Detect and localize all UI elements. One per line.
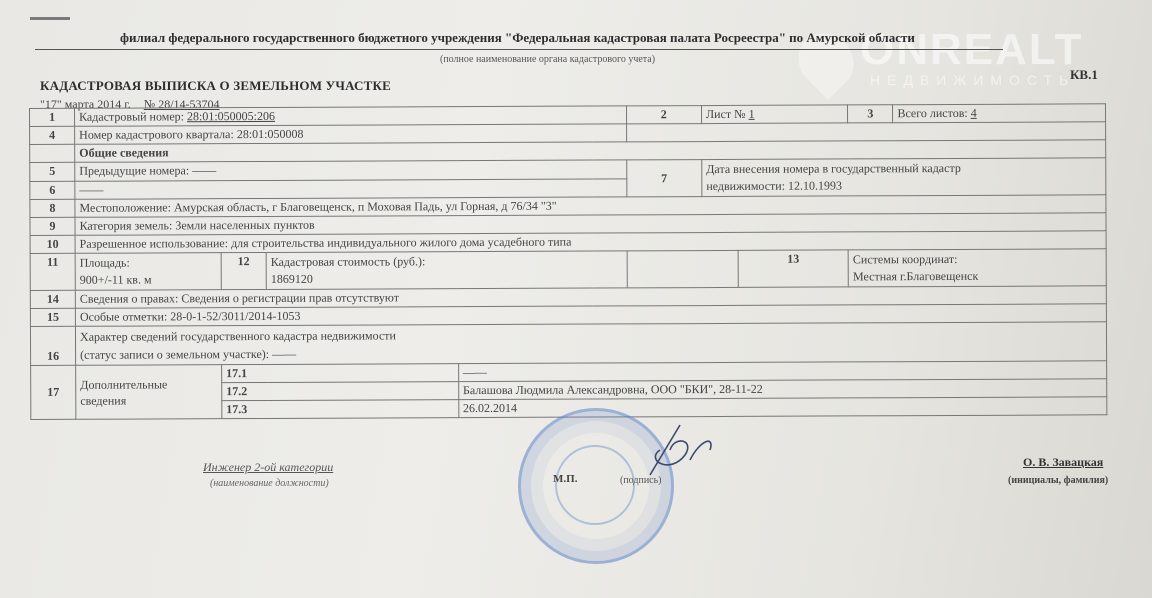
field-value: недвижимости: 12.10.1993 (706, 178, 842, 193)
field-label: Всего листов: (897, 106, 967, 120)
signature-icon (640, 420, 720, 480)
field-value: 1869120 (271, 272, 313, 286)
row-number: 3 (848, 105, 893, 123)
field-label: сведения (80, 393, 126, 407)
form-code: КВ.1 (1070, 67, 1098, 83)
cadastral-number-cell: Кадастровый номер: 28:01:050005:206 (75, 106, 627, 126)
table-row: 5 Предыдущие номера: —— 7 Дата внесения … (30, 158, 1106, 181)
additional-info-label: Дополнительныесведения (76, 365, 222, 420)
table-row: 16 Характер сведений государственного ка… (30, 322, 1106, 366)
row-number (30, 144, 75, 162)
registration-date: Дата внесения номера в государственный к… (702, 158, 1106, 197)
field-label: Площадь: (80, 256, 130, 270)
row-number: 11 (30, 253, 75, 290)
signer-position: Инженер 2-ой категории (203, 460, 333, 475)
watermark-tagline: НЕДВИЖИМОСТЬ (870, 72, 1083, 88)
stamp-place-label: М.П. (553, 473, 577, 485)
previous-numbers: Предыдущие номера: —— (75, 160, 627, 181)
field-value: 26.02.2014 (458, 397, 1106, 418)
row-number: 6 (30, 181, 75, 200)
field-label: Предыдущие номера: (79, 164, 189, 178)
field-label: Кадастровый номер: (79, 109, 184, 123)
row-number: 4 (30, 126, 75, 144)
quarter-number: Номер кадастрового квартала: 28:01:05000… (75, 124, 627, 144)
row-number: 13 (738, 250, 848, 287)
field-label: Системы координат: (853, 252, 958, 266)
sheet-number: 1 (749, 107, 755, 121)
row-number: 17.2 (222, 382, 459, 401)
row-number: 12 (221, 252, 266, 289)
row-number: 15 (30, 308, 75, 326)
record-status: Характер сведений государственного кадас… (75, 322, 1106, 365)
cadastral-table: 1 Кадастровый номер: 28:01:050005:206 2 … (29, 103, 1107, 420)
row-number: 17.1 (222, 364, 459, 383)
signature-caption: (подпись) (620, 475, 662, 486)
field-value: —— (75, 178, 627, 199)
signer-name-caption: (инициалы, фамилия) (1008, 475, 1108, 486)
document-title: КАДАСТРОВАЯ ВЫПИСКА О ЗЕМЕЛЬНОМ УЧАСТКЕ (40, 78, 391, 94)
organization-name: филиал федерального государственного бюд… (120, 30, 915, 46)
field-label: (статус записи о земельном участке): (80, 347, 269, 362)
area: Площадь:900+/-11 кв. м (75, 253, 221, 291)
corner-mark (30, 17, 70, 20)
row-number: 16 (30, 326, 75, 365)
table-row: 11 Площадь:900+/-11 кв. м 12 Кадастровая… (30, 249, 1106, 291)
field-label: Лист № (706, 107, 746, 121)
row-number: 8 (30, 199, 75, 217)
signer-name: О. В. Завацкая (1023, 455, 1103, 470)
field-value: 900+/-11 кв. м (80, 272, 152, 286)
sheet-cell: Лист № 1 (701, 105, 847, 124)
field-value: Местная г.Благовещенск (853, 269, 978, 284)
coordinate-system: Системы координат:Местная г.Благовещенск (848, 249, 1106, 287)
field-label: Дата внесения номера в государственный к… (706, 161, 961, 176)
total-sheets: 4 (971, 106, 977, 120)
field-label: Характер сведений государственного кадас… (80, 328, 396, 343)
row-number: 2 (626, 106, 701, 124)
field-label: Дополнительные (80, 377, 167, 391)
row-number: 17.3 (222, 400, 459, 419)
cadastral-number: 28:01:050005:206 (187, 109, 275, 123)
total-sheets-cell: Всего листов: 4 (893, 104, 1106, 123)
organization-caption: (полное наименование органа кадастрового… (440, 54, 655, 65)
row-number: 7 (626, 160, 702, 197)
empty-cell (626, 122, 1106, 142)
cadastral-value: Кадастровая стоимость (руб.):1869120 (266, 251, 627, 290)
field-label: Кадастровая стоимость (руб.): (271, 254, 426, 269)
empty-cell (627, 250, 739, 287)
row-number: 10 (30, 235, 75, 253)
row-number: 14 (30, 290, 75, 308)
row-number: 9 (30, 217, 75, 235)
signer-position-caption: (наименование должности) (210, 478, 329, 489)
field-value: —— (192, 163, 216, 177)
row-number: 17 (31, 365, 76, 419)
field-value: —— (272, 347, 296, 361)
row-number: 1 (30, 108, 75, 126)
row-number: 5 (30, 162, 75, 181)
